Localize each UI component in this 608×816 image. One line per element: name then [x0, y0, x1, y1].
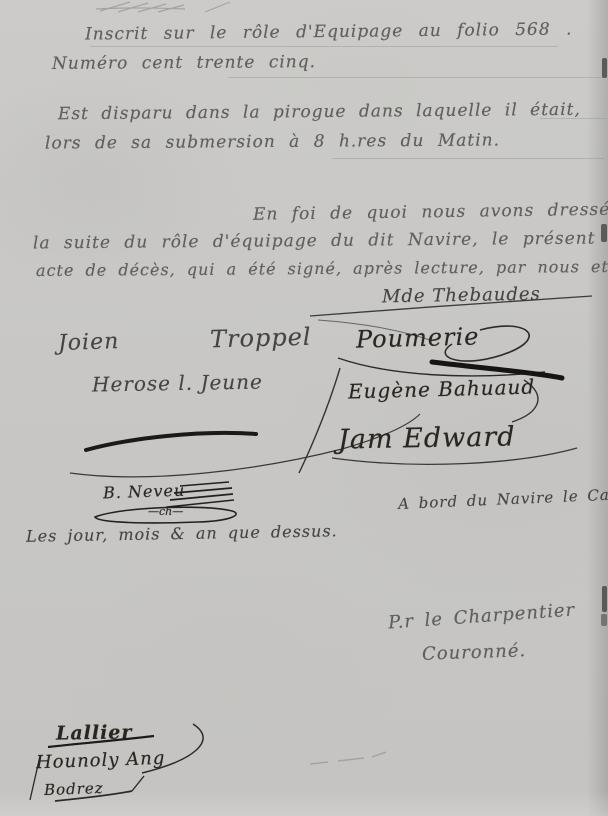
hatch-stroke	[96, 8, 185, 9]
signature-b-neveu: B. Neveu	[103, 481, 186, 503]
flourish-stroke	[70, 449, 342, 477]
signature-thebaudes: Mde Thebaudes	[382, 284, 541, 308]
attestation-date: Les jour, mois & an que dessus.	[26, 521, 338, 545]
smudge-stroke	[338, 758, 364, 761]
signature-troppel: Troppel	[210, 323, 312, 354]
attestation-location: A bord du Navire le Cap-horn,	[398, 483, 608, 513]
smudge-stroke	[372, 752, 386, 757]
ruled-line	[332, 158, 604, 159]
signature-eugene-bahuaud: Eugène Bahuaud	[348, 375, 536, 404]
binding-edge-mark	[601, 224, 607, 242]
signature-poumerie: Poumerie	[356, 322, 480, 353]
ruled-line	[90, 46, 558, 47]
flourish-stroke	[338, 358, 545, 376]
pencil-smudge	[310, 752, 386, 764]
hatch-stroke	[100, 2, 130, 11]
neveu-flourish-text: —ch—	[148, 505, 183, 518]
binding-edge-mark	[602, 586, 607, 612]
hatch-stroke	[158, 5, 184, 12]
flourish-stroke	[132, 776, 144, 791]
closing-line-2: la suite du rôle d'équipage du dit Navir…	[33, 229, 596, 254]
proxy-line-1: P.r le Charpentier	[387, 599, 575, 633]
closing-line-1: En foi de quoi nous avons dressé, à	[253, 199, 608, 224]
proxy-line-2: Couronné.	[422, 640, 527, 665]
ruled-line	[228, 77, 604, 78]
signature-jam-edward: Jam Edward	[338, 421, 516, 455]
registry-line-2: Numéro cent trente cinq.	[52, 52, 316, 74]
closing-line-3: acte de décès, qui a été signé, après le…	[36, 257, 608, 280]
registry-line-1: Inscrit sur le rôle d'Equipage au folio …	[85, 19, 573, 44]
flourish-stroke	[299, 368, 340, 473]
statement-line-2: lors de sa submersion à 8 h.res du Matin…	[45, 130, 500, 153]
flourish-stroke	[180, 482, 229, 486]
top-hatch-marks	[96, 2, 230, 12]
signature-joien: Joien	[58, 329, 120, 356]
flourish-thick-stroke	[86, 433, 256, 450]
signature-bodrez: Bodrez	[44, 779, 104, 799]
binding-edge-mark	[601, 614, 607, 626]
binding-edge-mark	[602, 58, 607, 78]
scanned-document-page: Inscrit sur le rôle d'Equipage au folio …	[0, 0, 608, 816]
signature-hounoly: Hounoly Ang	[36, 748, 166, 774]
hatch-stroke	[205, 2, 230, 12]
hatch-stroke	[118, 3, 148, 12]
hatch-stroke	[138, 4, 166, 12]
statement-line-1: Est disparu dans la pirogue dans laquell…	[58, 100, 581, 125]
smudge-stroke	[310, 762, 328, 764]
signature-lallier: Lallier	[56, 721, 133, 744]
signature-herose-le-jeune: Herose l. Jeune	[92, 370, 263, 397]
